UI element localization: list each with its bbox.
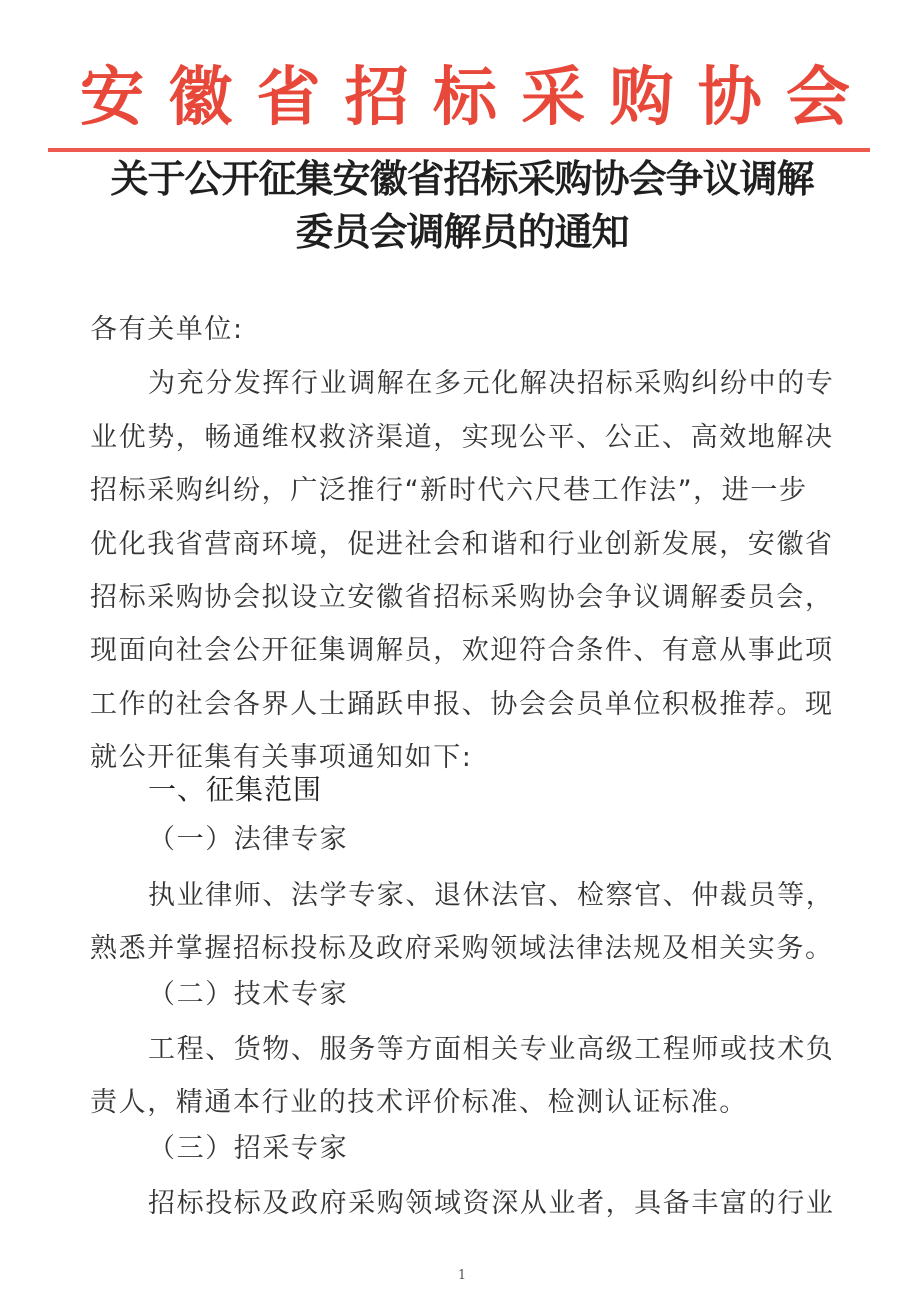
intro-paragraph-line: 工作的社会各界人士踊跃申报、协会会员单位积极推荐。现 [90,691,850,718]
letterhead-char: 会 [786,66,850,130]
letterhead-char: 徽 [168,66,232,130]
subsection-heading: （一）法律专家 [148,826,908,853]
intro-paragraph-line: 招标采购协会拟设立安徽省招标采购协会争议调解委员会， [90,584,850,611]
letterhead-char: 采 [521,66,585,130]
letterhead-char: 招 [345,66,409,130]
subsection-paragraph-line: 熟悉并掌握招标投标及政府采购领域法律法规及相关实务。 [90,935,850,962]
intro-paragraph-line: 现面向社会公开征集调解员，欢迎符合条件、有意从事此项 [90,637,850,664]
subsection-paragraph-line: 责人，精通本行业的技术评价标准、检测认证标准。 [90,1089,850,1116]
subsection-heading: （二）技术专家 [148,981,908,1008]
subsection-heading: （三）招采专家 [148,1135,908,1162]
letterhead-divider [48,148,870,152]
intro-paragraph-line: 就公开征集有关事项通知如下: [90,744,850,771]
page-number: 1 [452,1268,472,1283]
document-page: 安 徽 省 招 标 采 购 协 会 关于公开征集安徽省招标采购协会争议调解 委员… [0,0,924,1297]
letterhead-char: 协 [698,66,762,130]
letterhead-organization: 安 徽 省 招 标 采 购 协 会 [80,58,850,138]
subsection-paragraph-line: 工程、货物、服务等方面相关专业高级工程师或技术负 [148,1036,908,1063]
intro-paragraph-line: 为充分发挥行业调解在多元化解决招标采购纠纷中的专 [148,370,908,397]
letterhead-char: 安 [80,66,144,130]
section-heading: 一、征集范围 [148,776,908,804]
document-title-line-2: 委员会调解员的通知 [60,213,864,251]
document-title-line-1: 关于公开征集安徽省招标采购协会争议调解 [60,160,864,198]
subsection-paragraph-line: 执业律师、法学专家、退休法官、检察官、仲裁员等， [148,882,908,909]
salutation: 各有关单位: [90,316,850,343]
intro-paragraph-line: 招标采购纠纷，广泛推行“新时代六尺巷工作法”，进一步 [90,477,850,504]
intro-paragraph-line: 优化我省营商环境，促进社会和谐和行业创新发展，安徽省 [90,531,850,558]
intro-paragraph-line: 业优势，畅通维权救济渠道，实现公平、公正、高效地解决 [90,424,850,451]
letterhead-char: 标 [433,66,497,130]
subsection-paragraph-line: 招标投标及政府采购领域资深从业者，具备丰富的行业 [148,1190,908,1217]
letterhead-char: 购 [610,66,674,130]
letterhead-char: 省 [257,66,321,130]
